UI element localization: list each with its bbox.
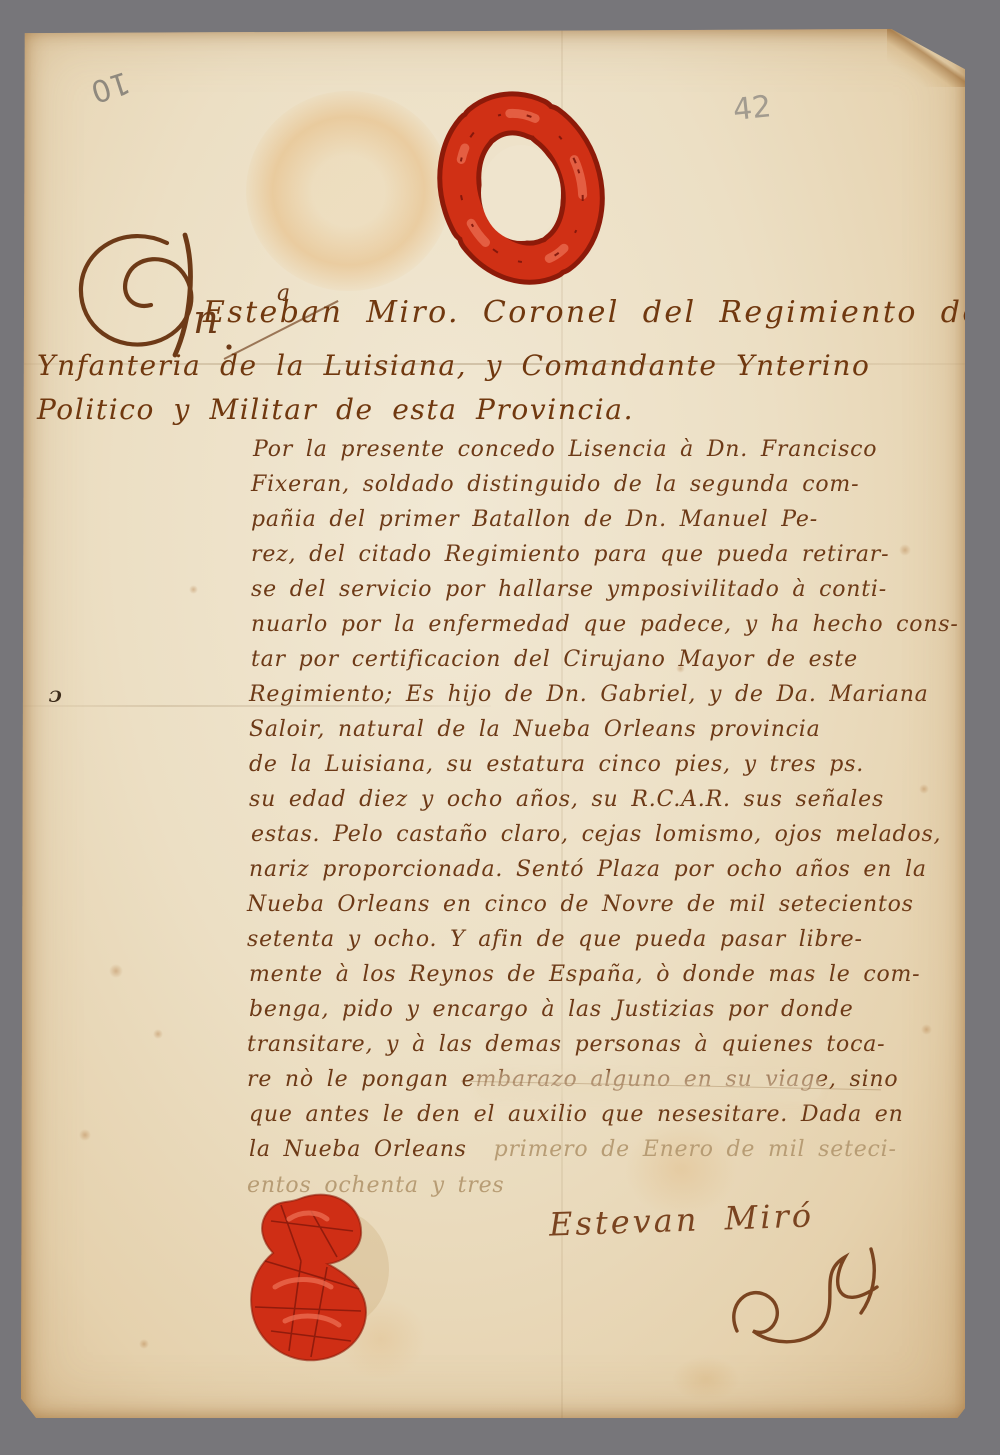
- foxing-spot: [899, 544, 911, 556]
- manuscript-page: 10 42 Ɔ n a Esteban Miro. Coronel del Re…: [21, 29, 965, 1418]
- body-line: Por la presente concedo Lisencia à Dn. F…: [253, 437, 877, 462]
- body-line: nuarlo por la enfermedad que padece, y h…: [251, 612, 959, 637]
- body-line: benga, pido y encargo à las Justizias po…: [249, 997, 854, 1022]
- body-line: transitare, y à las demas personas à qui…: [247, 1032, 885, 1057]
- body-line: mente à los Reynos de España, ò donde ma…: [249, 962, 920, 987]
- photo-background: 10 42 Ɔ n a Esteban Miro. Coronel del Re…: [0, 0, 1000, 1455]
- body-line: Regimiento; Es hijo de Dn. Gabriel, y de…: [249, 682, 929, 707]
- closing-place: la Nueba Orleans: [249, 1137, 467, 1162]
- body-line: rez, del citado Regimiento para que pued…: [251, 542, 889, 567]
- closing-date-faded: primero de Enero de mil seteci-: [494, 1137, 897, 1162]
- foxing-spot: [919, 784, 929, 794]
- margin-mark: Ɔ: [49, 687, 62, 706]
- body-line: nariz proporcionada. Sentó Plaza por och…: [249, 857, 927, 882]
- body-line: pañia del primer Batallon de Dn. Manuel …: [251, 507, 818, 532]
- body-line: tar por certificacion del Cirujano Mayor…: [251, 647, 858, 672]
- foxing-spot: [139, 1339, 149, 1349]
- body-line: se del servicio por hallarse ymposivilit…: [251, 577, 887, 602]
- foxing-spot: [189, 585, 198, 594]
- signature-rubric-flourish: [721, 1247, 901, 1362]
- body-line: Fixeran, soldado distinguido de la segun…: [251, 472, 859, 497]
- body-line: de la Luisiana, su estatura cinco pies, …: [249, 752, 864, 777]
- pencil-number-top-left: 10: [87, 64, 134, 109]
- body-line: Nueba Orleans en cinco de Novre de mil s…: [247, 892, 914, 917]
- pencil-number-top-right: 42: [731, 89, 773, 128]
- closing-line: la Nueba Orleans primero de Enero de mil…: [249, 1137, 897, 1162]
- heading-line: Ynfanteria de la Luisiana, y Comandante …: [37, 349, 870, 382]
- body-line: su edad diez y ocho años, su R.C.A.R. su…: [249, 787, 884, 812]
- body-line: Saloir, natural de la Nueba Orleans prov…: [249, 717, 821, 742]
- top-wax-seal-icon: [429, 81, 613, 295]
- bottom-wax-seal-icon: [241, 1191, 397, 1369]
- foxing-spot: [921, 1024, 932, 1035]
- body-line: estas. Pelo castaño claro, cejas lomismo…: [251, 822, 941, 847]
- stain: [246, 91, 451, 291]
- body-line: que antes le den el auxilio que nesesita…: [249, 1102, 904, 1127]
- heading-line: Esteban Miro. Coronel del Regimiento de: [203, 295, 983, 330]
- folded-corner: [887, 29, 965, 87]
- foxing-spot: [109, 964, 123, 978]
- foxing-spot: [79, 1129, 91, 1141]
- foxing-spot: [153, 1029, 163, 1039]
- heading-line: Politico y Militar de esta Provincia.: [37, 393, 634, 426]
- signature-name: Estevan Miró: [548, 1196, 814, 1243]
- body-line: setenta y ocho. Y afin de que pueda pasa…: [247, 927, 863, 952]
